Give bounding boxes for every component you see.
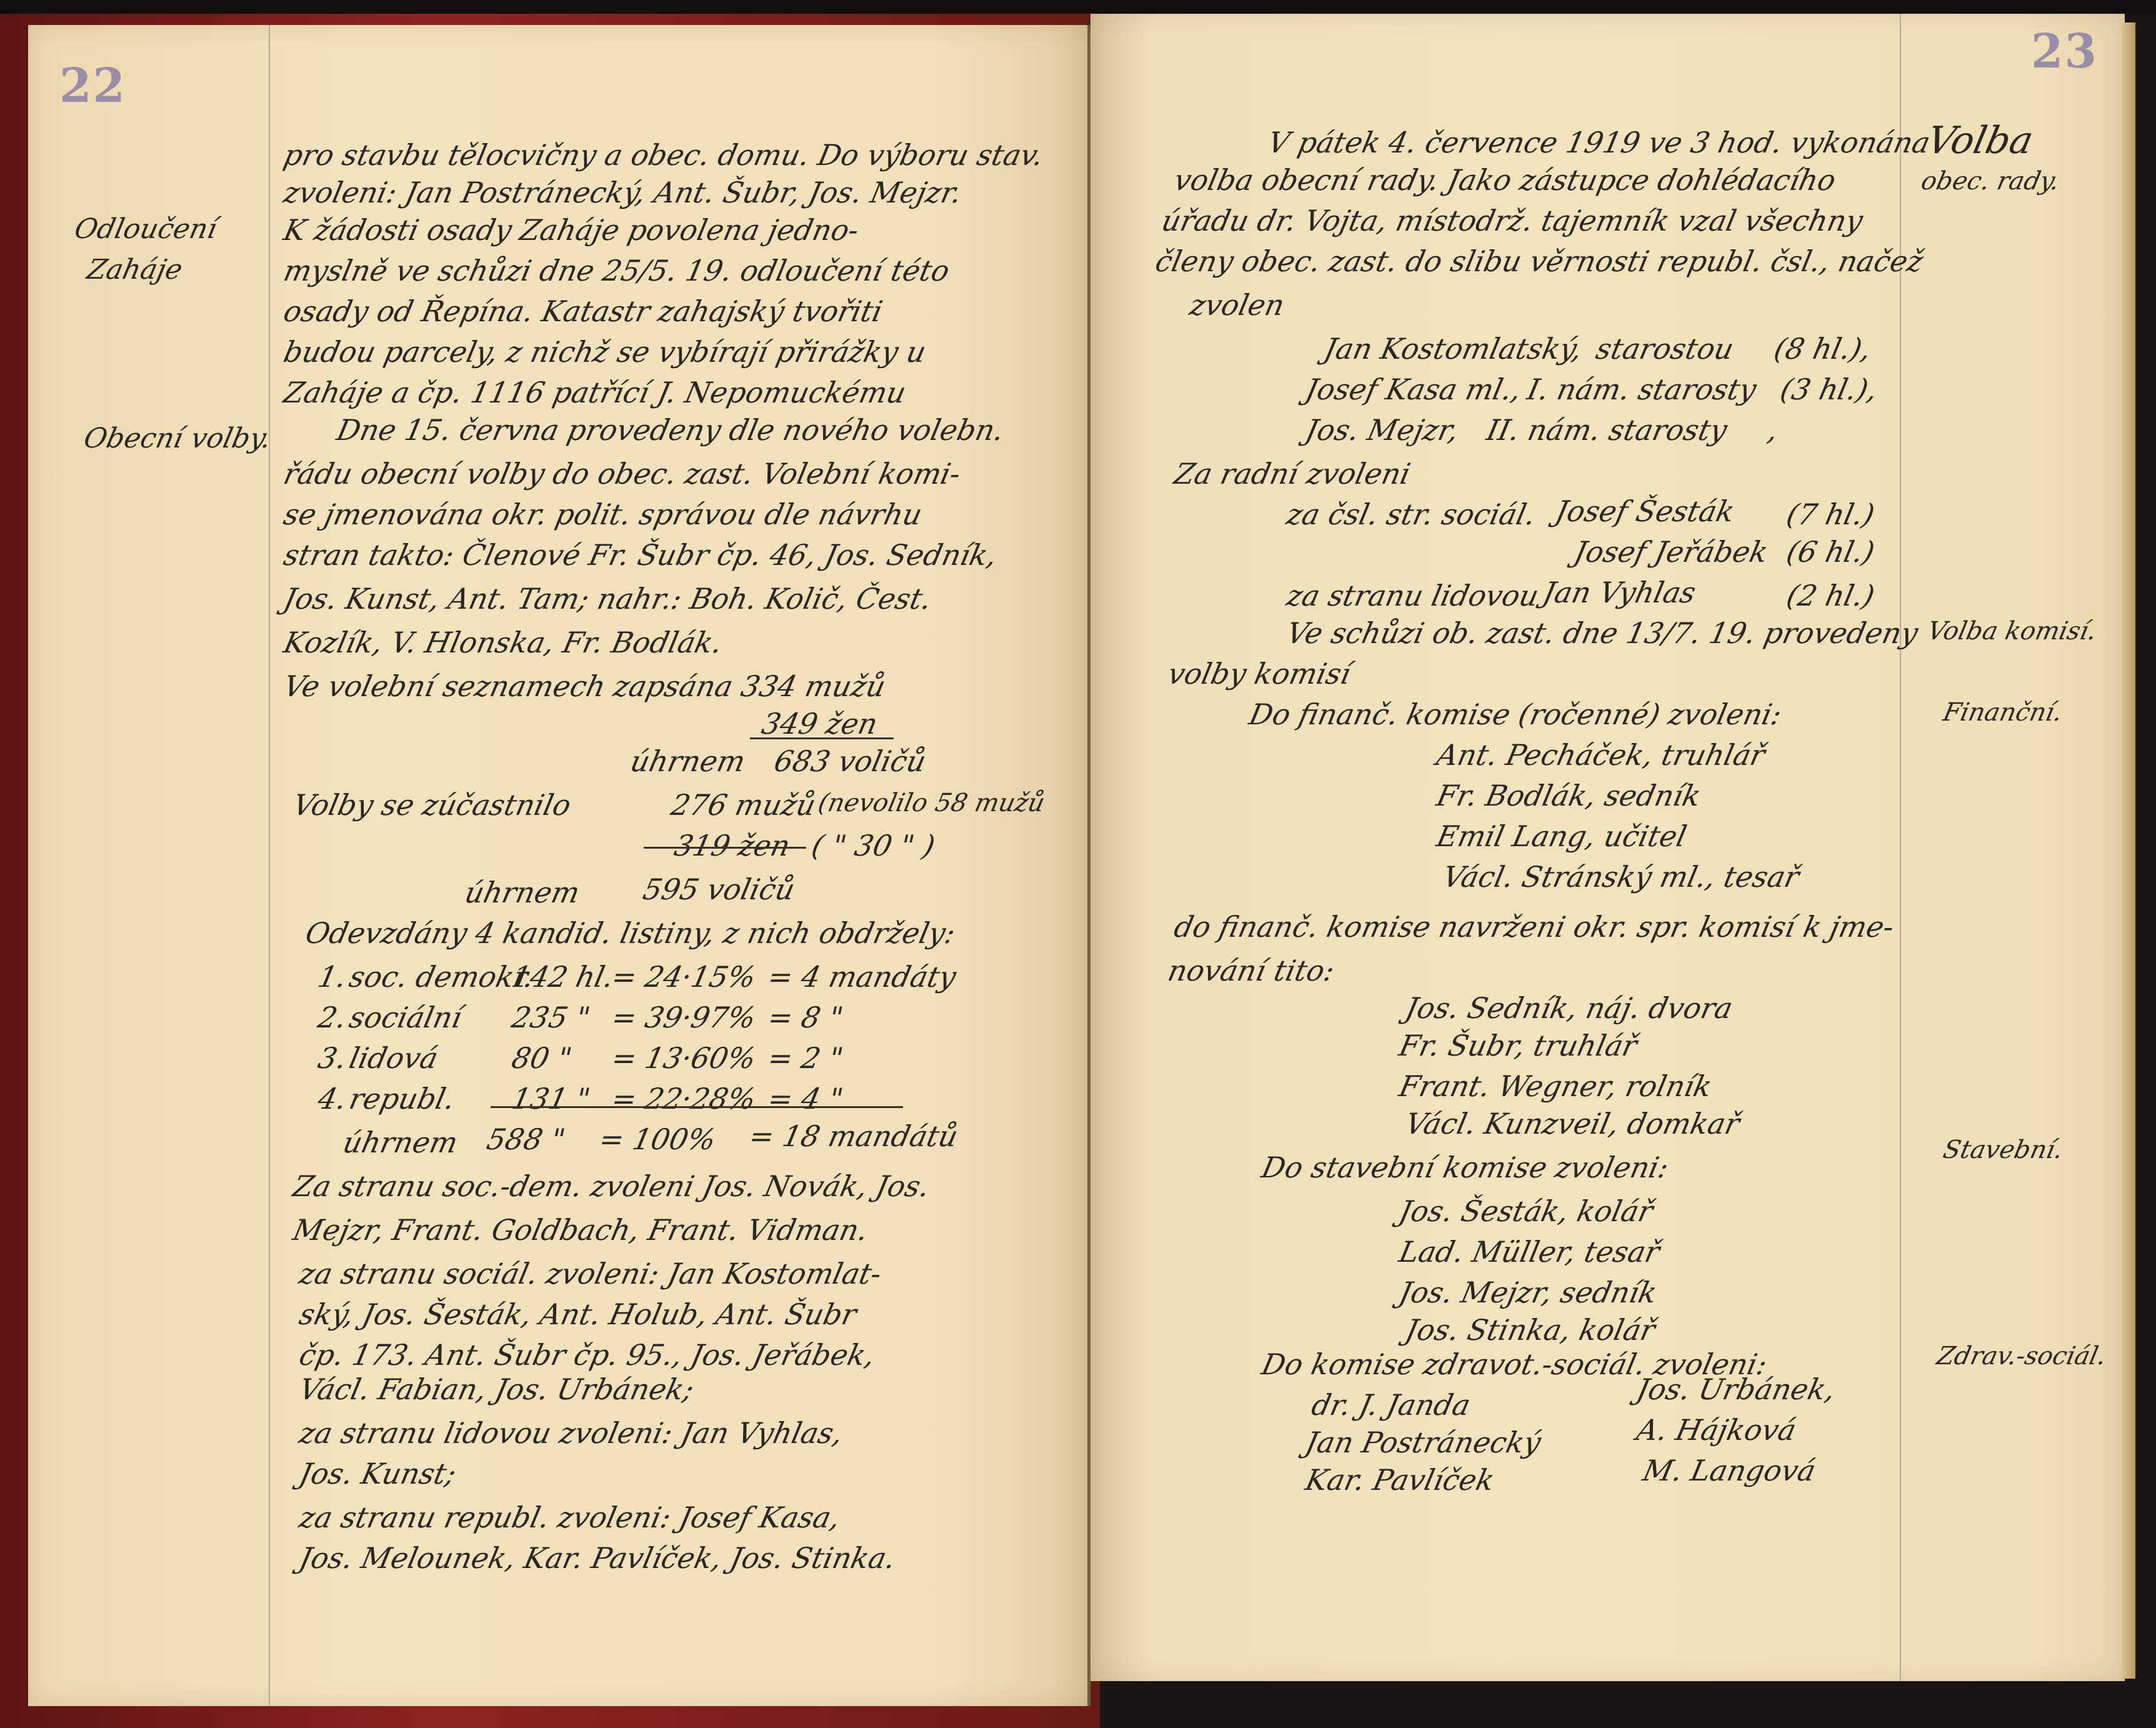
council-votes: (6 hl.) — [1784, 537, 1877, 566]
total-label: úhrnem — [628, 747, 747, 776]
council-name: Jan Vyhlas — [1540, 578, 1699, 607]
council-votes: (2 hl.) — [1784, 581, 1877, 610]
margin-note: obec. rady. — [1919, 169, 2062, 194]
result-total-label: úhrnem — [341, 1128, 460, 1157]
sum-rule — [644, 847, 806, 849]
margin-note: Zaháje — [84, 256, 184, 284]
turnout-label: Volby se zúčastnilo — [291, 791, 574, 819]
officer-name: Josef Kasa ml., — [1303, 375, 1524, 404]
margin-note: Volba komisí. — [1925, 619, 2099, 644]
finance-nominee: Frant. Wegner, rolník — [1397, 1072, 1714, 1101]
officer-name: Jan Kostomlatský, — [1322, 334, 1585, 363]
health-member: Jan Postránecký — [1303, 1428, 1544, 1457]
text-line: osady od Řepína. Katastr zahajský tvořit… — [281, 297, 885, 326]
result-mandates: = 8 " — [766, 1003, 846, 1032]
result-votes: 235 " — [509, 1003, 592, 1032]
council-votes: (7 hl.) — [1784, 500, 1877, 529]
building-member: Jos. Mejzr, sedník — [1397, 1278, 1659, 1307]
text-line: budou parcely, z nichž se vybírají přirá… — [281, 337, 929, 366]
margin-note: Finanční. — [1941, 700, 2065, 725]
turnout-women: 319 žen — [672, 831, 792, 860]
result-votes: 131 " — [509, 1084, 592, 1113]
officer-votes: (8 hl.), — [1772, 334, 1874, 363]
text-line: volba obecní rady. Jako zástupce dohléda… — [1172, 166, 1839, 194]
text-line: za stranu republ. zvoleni: Josef Kasa, — [297, 1503, 842, 1532]
result-mandates: = 4 " — [766, 1084, 846, 1113]
health-member: M. Langová — [1640, 1456, 1818, 1485]
finance-nominee: Jos. Sedník, náj. dvora — [1403, 994, 1735, 1022]
text-line: do finanč. komise navrženi okr. spr. kom… — [1172, 912, 1897, 941]
margin-note: Volba — [1924, 122, 2037, 159]
text-line: členy obec. zast. do slibu věrnosti repu… — [1153, 247, 1925, 276]
finance-nominee: Fr. Šubr, truhlář — [1397, 1031, 1639, 1060]
result-party: sociální — [347, 1003, 464, 1032]
margin-note: Stavební. — [1941, 1137, 2065, 1162]
health-member: dr. J. Janda — [1309, 1391, 1473, 1419]
result-total-pct: = 100% — [597, 1125, 718, 1154]
text-line: Ve schůzi ob. zast. dne 13/7. 19. proved… — [1284, 619, 1920, 647]
result-mandates: = 2 " — [766, 1044, 846, 1072]
result-votes: 142 hl. — [509, 962, 616, 991]
text-line: Kozlík, V. Hlonska, Fr. Bodlák. — [281, 628, 725, 657]
council-party: za stranu lidovou — [1284, 581, 1541, 610]
health-member: Kar. Pavlíček — [1303, 1466, 1497, 1494]
health-member: Jos. Urbánek, — [1634, 1375, 1838, 1404]
officer-name: Jos. Mejzr, — [1303, 416, 1461, 444]
text-line: zvolen — [1187, 291, 1287, 319]
text-line: Za stranu soc.-dem. zvoleni Jos. Novák, … — [291, 1172, 932, 1201]
sum-rule — [491, 1106, 903, 1108]
result-party: republ. — [347, 1084, 457, 1113]
text-line: Mejzr, Frant. Goldbach, Frant. Vidman. — [291, 1216, 871, 1244]
officer-role: II. nám. starosty — [1484, 416, 1730, 444]
officer-votes: (3 hl.), — [1778, 375, 1880, 404]
abstained-women: ( " 30 " ) — [809, 831, 937, 860]
result-total-votes: 588 " — [484, 1125, 567, 1154]
registered-women: 349 žen — [759, 709, 880, 738]
finance-member: Václ. Stránský ml., tesař — [1440, 862, 1802, 891]
text-line: za stranu lidovou zvoleni: Jan Vyhlas, — [297, 1419, 846, 1447]
margin-note: Zdrav.-sociál. — [1935, 1344, 2109, 1369]
building-member: Lad. Müller, tesař — [1397, 1237, 1662, 1266]
health-member: A. Hájková — [1634, 1416, 1799, 1444]
left-margin-line — [269, 25, 270, 1706]
council-party: za čsl. str. sociál. — [1284, 500, 1538, 529]
page-number-right: 23 — [2031, 25, 2098, 79]
text-line: K žádosti osady Zaháje povolena jedno- — [281, 216, 862, 244]
text-line: myslně ve schůzi dne 25/5. 19. odloučení… — [281, 256, 952, 285]
building-member: Jos. Šesták, kolář — [1397, 1197, 1655, 1226]
text-line: ský, Jos. Šesták, Ant. Holub, Ant. Šubr — [297, 1300, 859, 1329]
result-pct: = 24·15% — [609, 962, 758, 991]
text-line: Jos. Kunst, Ant. Tam; nahr.: Boh. Količ,… — [281, 584, 934, 613]
text-line: V pátek 4. července 1919 ve 3 hod. vykon… — [1265, 128, 1933, 157]
text-line: řádu obecní volby do obec. zast. Volební… — [281, 459, 963, 488]
officer-role: I. nám. starosty — [1525, 375, 1759, 404]
text-line: úřadu dr. Vojta, místodrž. tajemník vzal… — [1159, 206, 1865, 235]
text-line: Ve volební seznamech zapsána 334 mužů — [281, 672, 888, 701]
council-name: Josef Šesták — [1553, 497, 1737, 526]
result-pct: = 13·60% — [609, 1044, 758, 1072]
text-line: Dne 15. června provedeny dle nového vole… — [334, 416, 1007, 444]
building-member: Jos. Stinka, kolář — [1403, 1316, 1657, 1344]
result-votes: 80 " — [509, 1044, 574, 1072]
sum-rule — [750, 737, 894, 739]
background-dark — [0, 0, 2156, 14]
result-party: soc. demokr. — [347, 962, 537, 991]
finance-member: Fr. Bodlák, sedník — [1434, 781, 1704, 810]
finance-member: Ant. Pecháček, truhlář — [1434, 741, 1767, 769]
council-name: Josef Jeřábek — [1572, 537, 1770, 566]
finance-heading: Do finanč. komise (ročenné) zvoleni: — [1247, 700, 1784, 729]
margin-note: Odloučení — [72, 216, 219, 243]
text-line: pro stavbu tělocvičny a obec. domu. Do v… — [281, 141, 1046, 169]
result-total-mandates: = 18 mandátů — [747, 1122, 961, 1151]
building-heading: Do stavební komise zvoleni: — [1259, 1153, 1671, 1182]
result-pct: = 22·28% — [609, 1084, 758, 1113]
finance-nominee: Václ. Kunzveil, domkař — [1403, 1109, 1742, 1138]
page-edges — [2122, 22, 2135, 1679]
turnout-men: 276 mužů — [669, 791, 818, 819]
result-mandates: = 4 mandáty — [766, 962, 959, 991]
finance-member: Emil Lang, učitel — [1434, 822, 1689, 851]
page-number-left: 22 — [59, 59, 126, 113]
text-line: se jmenována okr. polit. správou dle náv… — [281, 500, 924, 529]
text-line: volby komisí — [1165, 659, 1353, 688]
text-line: Jos. Melounek, Kar. Pavlíček, Jos. Stink… — [297, 1544, 898, 1572]
registered-total: 683 voličů — [772, 747, 929, 776]
council-heading: Za radní zvoleni — [1172, 459, 1413, 488]
text-line: čp. 173. Ant. Šubr čp. 95., Jos. Jeřábek… — [297, 1341, 877, 1369]
abstained-men: (nevolilo 58 mužů — [816, 791, 1047, 816]
officer-role: starostou — [1594, 334, 1736, 363]
text-line: Václ. Fabian, Jos. Urbánek; — [297, 1375, 696, 1404]
turnout-total: 595 voličů — [641, 875, 797, 904]
text-line: Jos. Kunst; — [297, 1459, 459, 1488]
text-line: zvoleni: Jan Postránecký, Ant. Šubr, Jos… — [281, 178, 964, 207]
text-line: Zaháje a čp. 1116 patřící J. Nepomuckému — [281, 378, 909, 407]
total-label: úhrnem — [462, 878, 582, 907]
text-line: nování tito: — [1165, 956, 1337, 985]
text-line: za stranu sociál. zvoleni: Jan Kostomlat… — [297, 1259, 884, 1288]
lists-intro: Odevzdány 4 kandid. listiny, z nich obdr… — [303, 919, 958, 947]
text-line: stran takto: Členové Fr. Šubr čp. 46, Jo… — [281, 541, 999, 569]
margin-note: Obecní volby. — [81, 425, 273, 452]
result-party: lidová — [347, 1044, 441, 1072]
result-pct: = 39·97% — [609, 1003, 758, 1032]
